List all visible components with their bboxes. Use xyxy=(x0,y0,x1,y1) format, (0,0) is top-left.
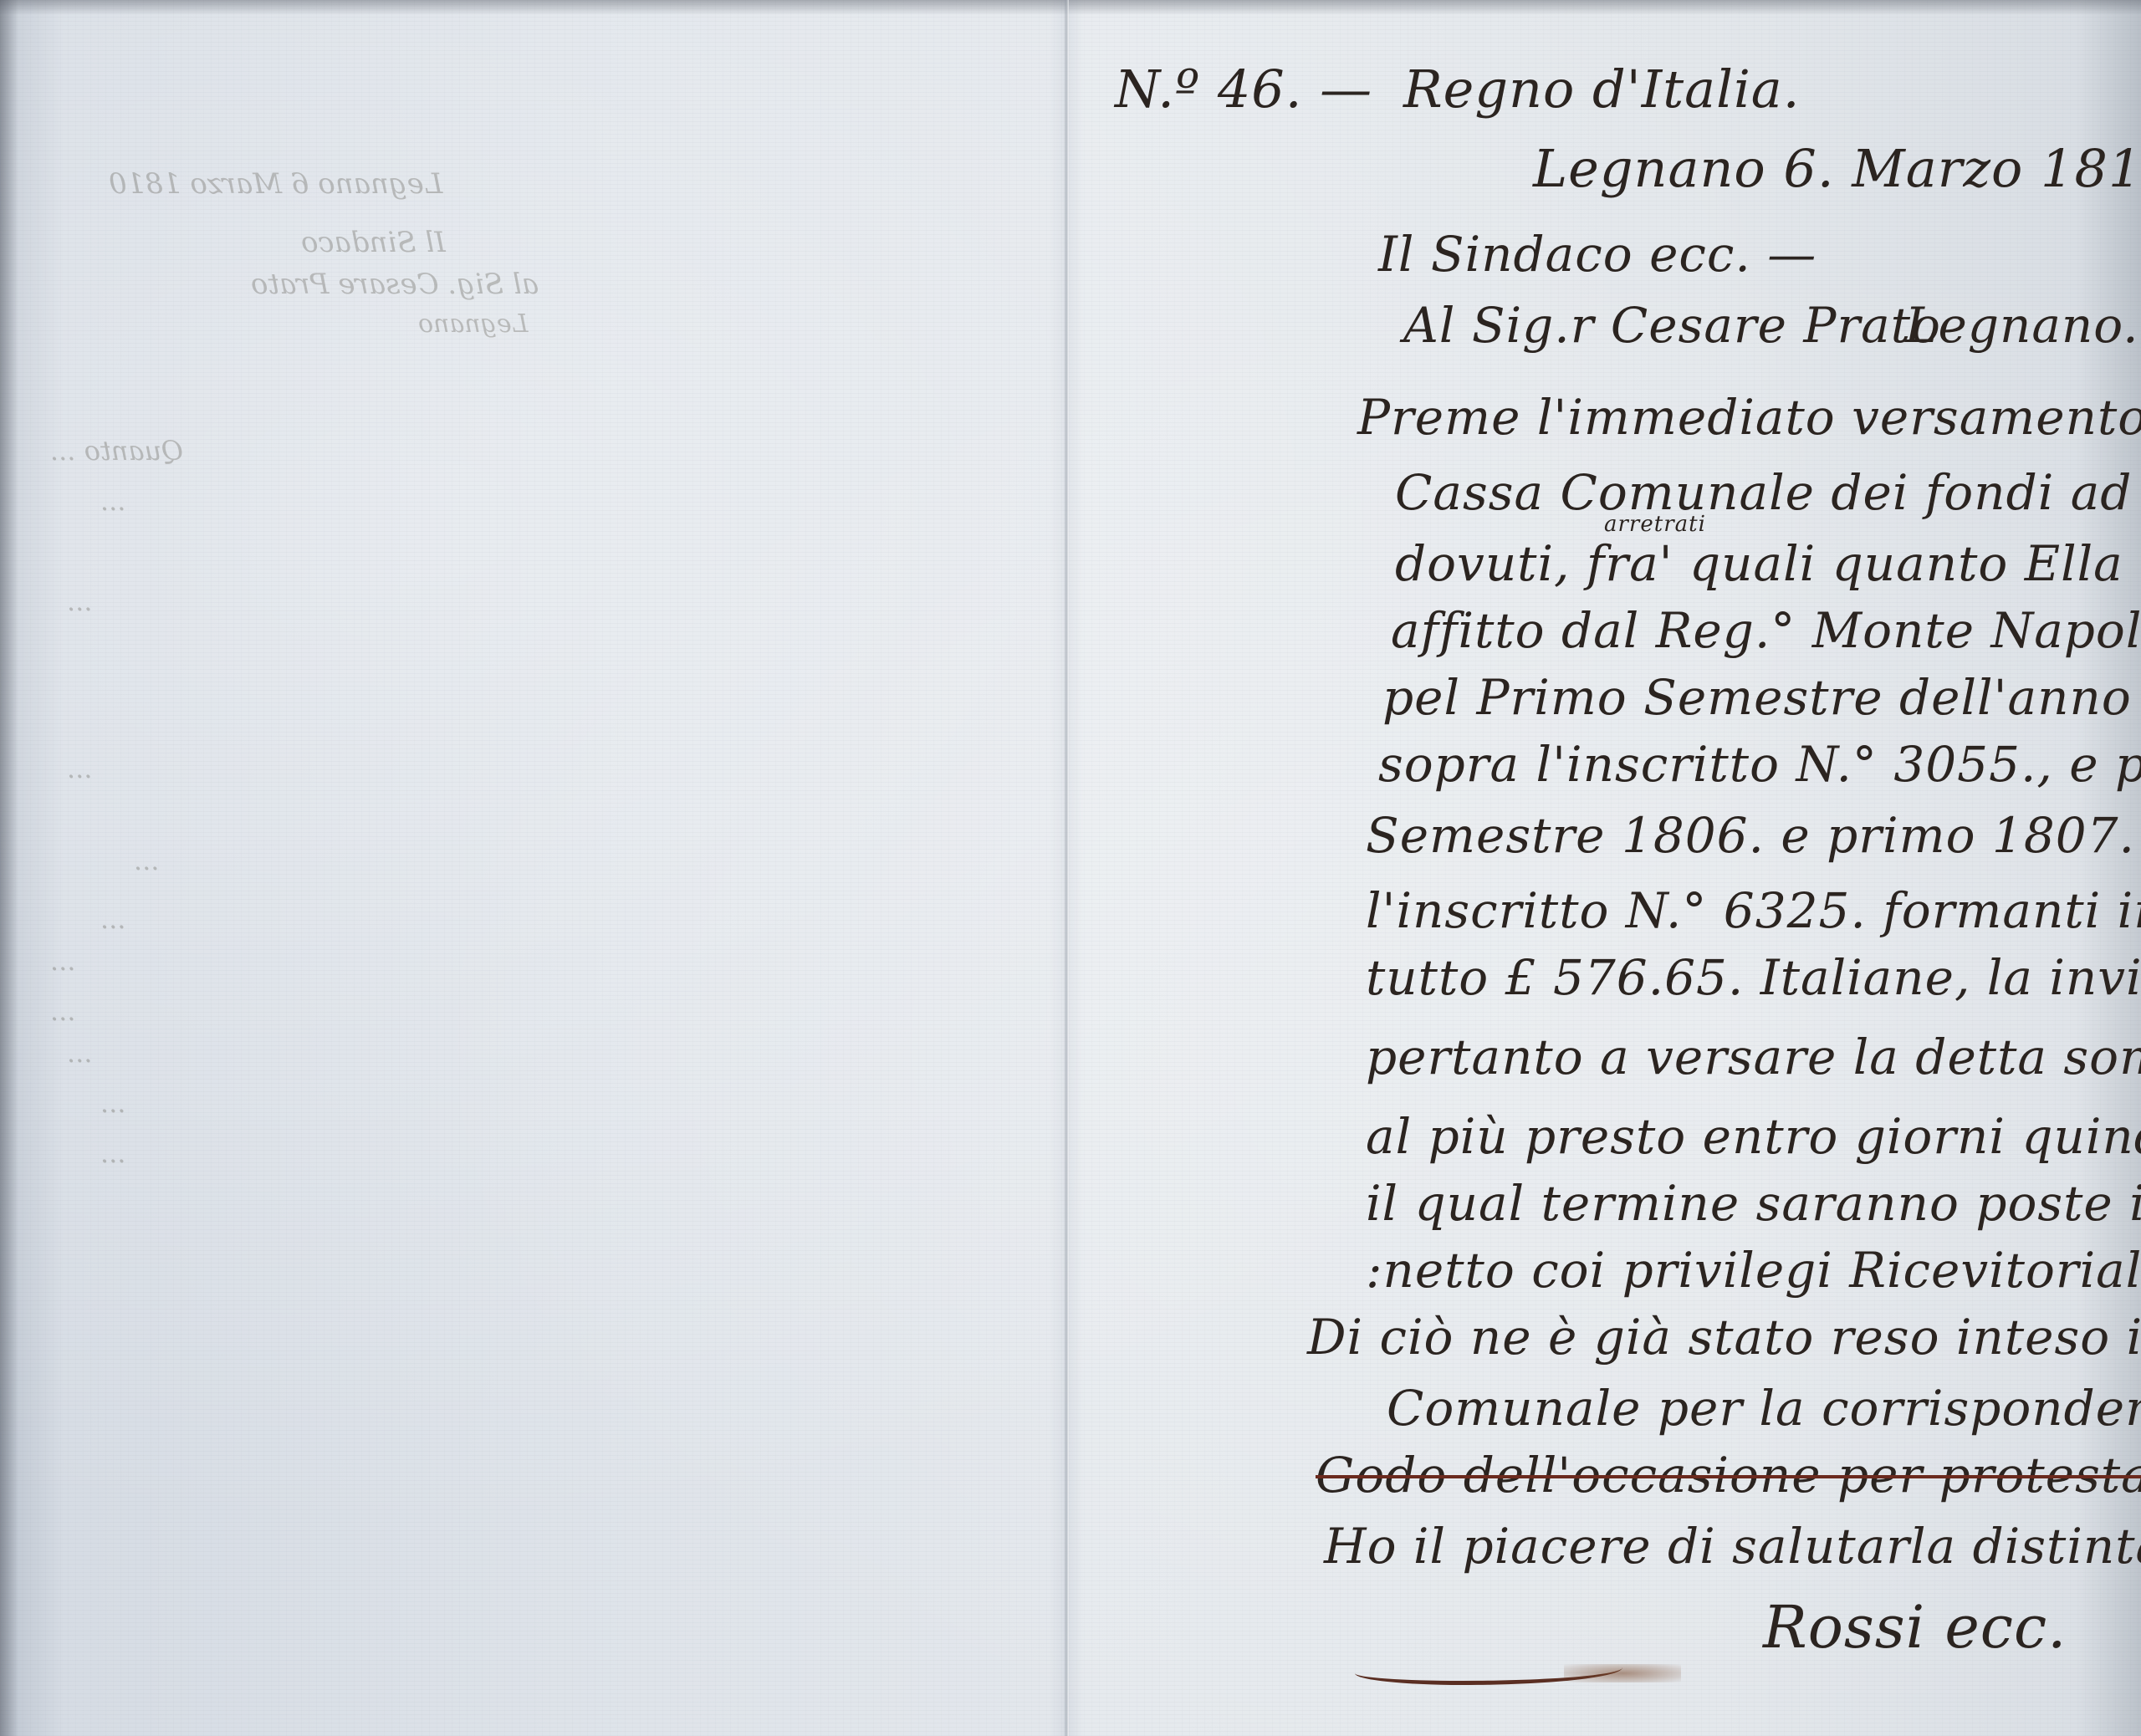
right-page: N.º 46. — Regno d'Italia. Legnano 6. Mar… xyxy=(1069,0,2141,1736)
bleed-line: ... xyxy=(67,753,93,784)
body-line: il qual termine saranno poste in Quinter xyxy=(1366,1175,2141,1232)
body-line: :netto coi privilegi Ricevitoriali. xyxy=(1366,1242,2141,1299)
bleed-line: Il Sindaco xyxy=(301,226,446,259)
letter-heading: Regno d'Italia. xyxy=(1403,59,1800,120)
body-line: Comunale per la corrispondente esazione xyxy=(1387,1380,2141,1437)
ink-stain xyxy=(1564,1664,1681,1682)
bleed-line: ... xyxy=(67,1037,93,1069)
bleed-line: ... xyxy=(100,1137,126,1169)
bleed-line: al Sig. Cesare Prato xyxy=(251,268,539,301)
protocol-number: N.º 46. — xyxy=(1115,59,1372,120)
bleed-line: Legnano xyxy=(418,309,528,339)
body-line: Di ciò ne è già stato reso inteso il Ric… xyxy=(1307,1309,2141,1366)
bleed-line: ... xyxy=(50,995,76,1027)
recipient-place: Legnano. xyxy=(1905,297,2139,354)
body-line: Semestre 1806. e primo 1807. sopra xyxy=(1366,807,2141,864)
bleed-line: Quanto ... xyxy=(50,435,183,467)
document-sheet: Legnano 6 Marzo 1810 Il Sindaco al Sig. … xyxy=(0,0,2141,1736)
body-line: al più presto entro giorni quindici, pas… xyxy=(1366,1108,2141,1165)
body-line: tutto £ 576.65. Italiane, la invito xyxy=(1366,949,2141,1006)
bleed-line: ... xyxy=(100,1087,126,1119)
closing-line: Ho il piacere di salutarla distintamente… xyxy=(1324,1518,2141,1575)
body-line: l'inscritto N.° 6325. formanti in xyxy=(1366,882,2141,939)
interlinear-insertion: arretrati xyxy=(1604,512,1706,537)
place-date: Legnano 6. Marzo 1810. xyxy=(1533,138,2141,199)
bleed-line: ... xyxy=(134,845,160,876)
body-line: Cassa Comunale dei fondi ad essa xyxy=(1395,464,2141,521)
left-page: Legnano 6 Marzo 1810 Il Sindaco al Sig. … xyxy=(0,0,1066,1736)
body-line: affitto dal Reg.° Monte Napoleone xyxy=(1391,602,2141,659)
body-line: pel Primo Semestre dell'anno 1807. xyxy=(1382,669,2141,726)
bleed-line: ... xyxy=(67,585,93,617)
bleed-line: ... xyxy=(100,485,126,517)
struck-line: Godo dell'occasione per protestarmi con … xyxy=(1316,1447,2141,1504)
body-line: dovuti, fra' quali quanto Ella ha xyxy=(1395,535,2141,592)
bleed-line: Legnano 6 Marzo 1810 xyxy=(109,167,442,201)
recipient: Al Sig.r Cesare Prato xyxy=(1403,297,1941,354)
signature: Rossi ecc. xyxy=(1763,1593,2067,1662)
bleed-line: ... xyxy=(100,903,126,935)
bleed-line: ... xyxy=(50,945,76,977)
body-line: sopra l'inscritto N.° 3055., e pel secon… xyxy=(1378,736,2141,793)
sender: Il Sindaco ecc. — xyxy=(1378,226,1817,283)
body-line: pertanto a versare la detta somma xyxy=(1366,1029,2141,1085)
body-line: Preme l'immediato versamento nella xyxy=(1357,389,2141,446)
